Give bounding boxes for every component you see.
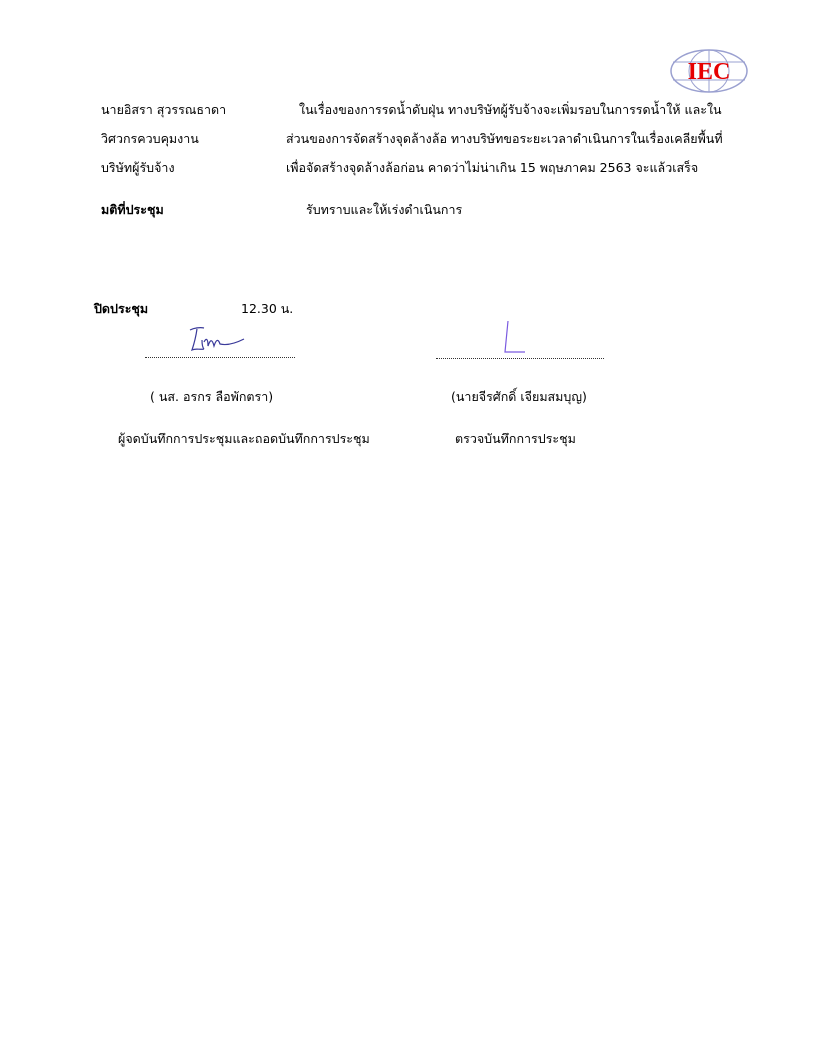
signature-2-role: ตรวจบันทึกการประชุม — [455, 429, 576, 449]
attendee-organization: บริษัทผู้รับจ้าง — [101, 158, 175, 178]
signature-1-line — [145, 355, 295, 358]
signature-2-line — [436, 356, 604, 359]
resolution-text: รับทราบและให้เร่งดำเนินการ — [306, 200, 462, 220]
closing-time: 12.30 น. — [241, 299, 293, 319]
svg-text:IEC: IEC — [688, 59, 731, 85]
signature-2-image — [495, 318, 535, 358]
statement-line-3: เพื่อจัดสร้างจุดล้างล้อก่อน คาดว่าไม่น่า… — [286, 158, 698, 178]
attendee-position: วิศวกรควบคุมงาน — [101, 129, 199, 149]
signature-1-name: ( นส. อรกร ลือพักตรา) — [150, 387, 273, 407]
attendee-name: นายอิสรา สุวรรณธาดา — [101, 100, 226, 120]
closing-label: ปิดประชุม — [94, 299, 148, 319]
statement-line-1: ในเรื่องของการรดน้ำดับฝุ่น ทางบริษัทผู้ร… — [299, 100, 722, 120]
statement-line-2: ส่วนของการจัดสร้างจุดล้างล้อ ทางบริษัทขอ… — [286, 129, 723, 149]
iec-logo: IEC — [668, 48, 750, 94]
resolution-label: มติที่ประชุม — [101, 200, 164, 220]
signature-2-name: (นายจีรศักดิ์ เจียมสมบุญ) — [451, 387, 587, 407]
signature-1-image — [180, 322, 250, 356]
signature-1-role: ผู้จดบันทึกการประชุมและถอดบันทึกการประชุ… — [118, 429, 370, 449]
